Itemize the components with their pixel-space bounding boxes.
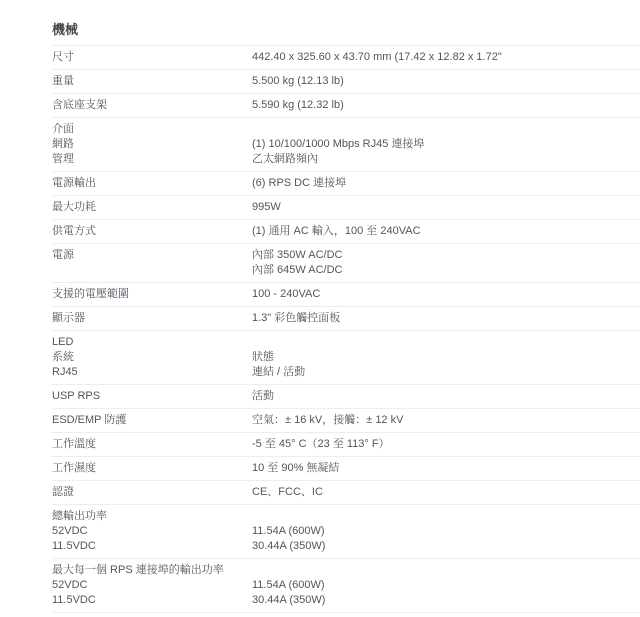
spec-row: 工作溫度-5 至 45° C（23 至 113° F）: [52, 433, 640, 457]
spec-row: 支援的電壓範圍100 - 240VAC: [52, 283, 640, 307]
spec-value: 11.54A (600W): [252, 524, 640, 539]
spec-value: 1.3" 彩色觸控面板: [252, 311, 640, 326]
spec-value: 空氣：± 16 kV，接觸：± 12 kV: [252, 413, 640, 428]
spec-rows: 尺寸442.40 x 325.60 x 43.70 mm (17.42 x 12…: [52, 45, 640, 613]
spec-line: 顯示器1.3" 彩色觸控面板: [52, 311, 640, 326]
spec-value: 995W: [252, 200, 640, 215]
spec-row: 認證CE、FCC、IC: [52, 481, 640, 505]
spec-line: RJ45連結 / 活動: [52, 365, 640, 380]
spec-value: [252, 509, 640, 524]
spec-label: ESD/EMP 防護: [52, 413, 252, 428]
spec-line: 電源輸出(6) RPS DC 連接埠: [52, 176, 640, 191]
spec-row: 尺寸442.40 x 325.60 x 43.70 mm (17.42 x 12…: [52, 46, 640, 70]
spec-line: 工作溫度-5 至 45° C（23 至 113° F）: [52, 437, 640, 452]
spec-value: 442.40 x 325.60 x 43.70 mm (17.42 x 12.8…: [252, 50, 640, 65]
spec-row: 最大功耗995W: [52, 196, 640, 220]
spec-label: 供電方式: [52, 224, 252, 239]
spec-section: 機械 尺寸442.40 x 325.60 x 43.70 mm (17.42 x…: [52, 0, 640, 613]
spec-line: 認證CE、FCC、IC: [52, 485, 640, 500]
spec-value: 乙太網路頻內: [252, 152, 640, 167]
spec-label: 52VDC: [52, 524, 252, 539]
spec-value: 100 - 240VAC: [252, 287, 640, 302]
spec-line: 52VDC11.54A (600W): [52, 578, 640, 593]
spec-value: 活動: [252, 389, 640, 404]
spec-row: 最大每一個 RPS 連接埠的輸出功率52VDC11.54A (600W)11.5…: [52, 559, 640, 613]
spec-value: 連結 / 活動: [252, 365, 640, 380]
spec-value: 5.500 kg (12.13 lb): [252, 74, 640, 89]
spec-row: 含底座支架5.590 kg (12.32 lb): [52, 94, 640, 118]
spec-label: 11.5VDC: [52, 593, 252, 608]
spec-row: 電源輸出(6) RPS DC 連接埠: [52, 172, 640, 196]
spec-value: (1) 10/100/1000 Mbps RJ45 連接埠: [252, 137, 640, 152]
spec-value: 5.590 kg (12.32 lb): [252, 98, 640, 113]
spec-label: 支援的電壓範圍: [52, 287, 252, 302]
spec-label: RJ45: [52, 365, 252, 380]
spec-value: 內部 350W AC/DC: [252, 248, 640, 263]
spec-row: 供電方式(1) 通用 AC 輸入，100 至 240VAC: [52, 220, 640, 244]
spec-line: 最大功耗995W: [52, 200, 640, 215]
spec-label: 顯示器: [52, 311, 252, 326]
spec-value: CE、FCC、IC: [252, 485, 640, 500]
spec-label: 系統: [52, 350, 252, 365]
spec-value: (6) RPS DC 連接埠: [252, 176, 640, 191]
spec-value: -5 至 45° C（23 至 113° F）: [252, 437, 640, 452]
spec-row: LED系統狀態RJ45連結 / 活動: [52, 331, 640, 385]
spec-label: 工作濕度: [52, 461, 252, 476]
spec-row: USP RPS活動: [52, 385, 640, 409]
spec-value: 內部 645W AC/DC: [252, 263, 640, 278]
spec-label: [52, 263, 252, 278]
spec-value: 10 至 90% 無凝結: [252, 461, 640, 476]
spec-row: 重量5.500 kg (12.13 lb): [52, 70, 640, 94]
spec-line: 介面: [52, 122, 640, 137]
spec-row: 總輸出功率52VDC11.54A (600W)11.5VDC30.44A (35…: [52, 505, 640, 559]
spec-label: 電源輸出: [52, 176, 252, 191]
spec-line: 總輸出功率: [52, 509, 640, 524]
spec-line: 管理乙太網路頻內: [52, 152, 640, 167]
spec-line: 含底座支架5.590 kg (12.32 lb): [52, 98, 640, 113]
spec-value: (1) 通用 AC 輸入，100 至 240VAC: [252, 224, 640, 239]
spec-row: 顯示器1.3" 彩色觸控面板: [52, 307, 640, 331]
spec-value: [252, 563, 640, 578]
spec-label: 含底座支架: [52, 98, 252, 113]
spec-value: [252, 122, 640, 137]
spec-line: 重量5.500 kg (12.13 lb): [52, 74, 640, 89]
spec-line: 工作濕度10 至 90% 無凝結: [52, 461, 640, 476]
spec-line: 最大每一個 RPS 連接埠的輸出功率: [52, 563, 640, 578]
spec-value: 30.44A (350W): [252, 539, 640, 554]
spec-value: [252, 335, 640, 350]
spec-row: 電源內部 350W AC/DC內部 645W AC/DC: [52, 244, 640, 283]
spec-value: 狀態: [252, 350, 640, 365]
spec-line: 11.5VDC30.44A (350W): [52, 539, 640, 554]
spec-label: USP RPS: [52, 389, 252, 404]
spec-label: 最大功耗: [52, 200, 252, 215]
spec-line: USP RPS活動: [52, 389, 640, 404]
spec-line: 11.5VDC30.44A (350W): [52, 593, 640, 608]
spec-row: 工作濕度10 至 90% 無凝結: [52, 457, 640, 481]
spec-value: 11.54A (600W): [252, 578, 640, 593]
spec-label: 尺寸: [52, 50, 252, 65]
spec-line: 內部 645W AC/DC: [52, 263, 640, 278]
spec-line: 尺寸442.40 x 325.60 x 43.70 mm (17.42 x 12…: [52, 50, 640, 65]
spec-line: LED: [52, 335, 640, 350]
spec-line: 52VDC11.54A (600W): [52, 524, 640, 539]
spec-row: ESD/EMP 防護空氣：± 16 kV，接觸：± 12 kV: [52, 409, 640, 433]
spec-line: ESD/EMP 防護空氣：± 16 kV，接觸：± 12 kV: [52, 413, 640, 428]
spec-group-label: LED: [52, 335, 252, 350]
spec-label: 認證: [52, 485, 252, 500]
spec-line: 電源內部 350W AC/DC: [52, 248, 640, 263]
spec-label: 11.5VDC: [52, 539, 252, 554]
spec-line: 供電方式(1) 通用 AC 輸入，100 至 240VAC: [52, 224, 640, 239]
spec-label: 52VDC: [52, 578, 252, 593]
spec-group-label: 總輸出功率: [52, 509, 252, 524]
section-title: 機械: [52, 22, 640, 37]
spec-line: 網路(1) 10/100/1000 Mbps RJ45 連接埠: [52, 137, 640, 152]
spec-value: 30.44A (350W): [252, 593, 640, 608]
spec-label: 網路: [52, 137, 252, 152]
spec-label: 電源: [52, 248, 252, 263]
spec-line: 支援的電壓範圍100 - 240VAC: [52, 287, 640, 302]
spec-row: 介面網路(1) 10/100/1000 Mbps RJ45 連接埠管理乙太網路頻…: [52, 118, 640, 172]
spec-label: 工作溫度: [52, 437, 252, 452]
spec-label: 重量: [52, 74, 252, 89]
spec-group-label: 最大每一個 RPS 連接埠的輸出功率: [52, 563, 252, 578]
spec-line: 系統狀態: [52, 350, 640, 365]
spec-label: 管理: [52, 152, 252, 167]
spec-group-label: 介面: [52, 122, 252, 137]
